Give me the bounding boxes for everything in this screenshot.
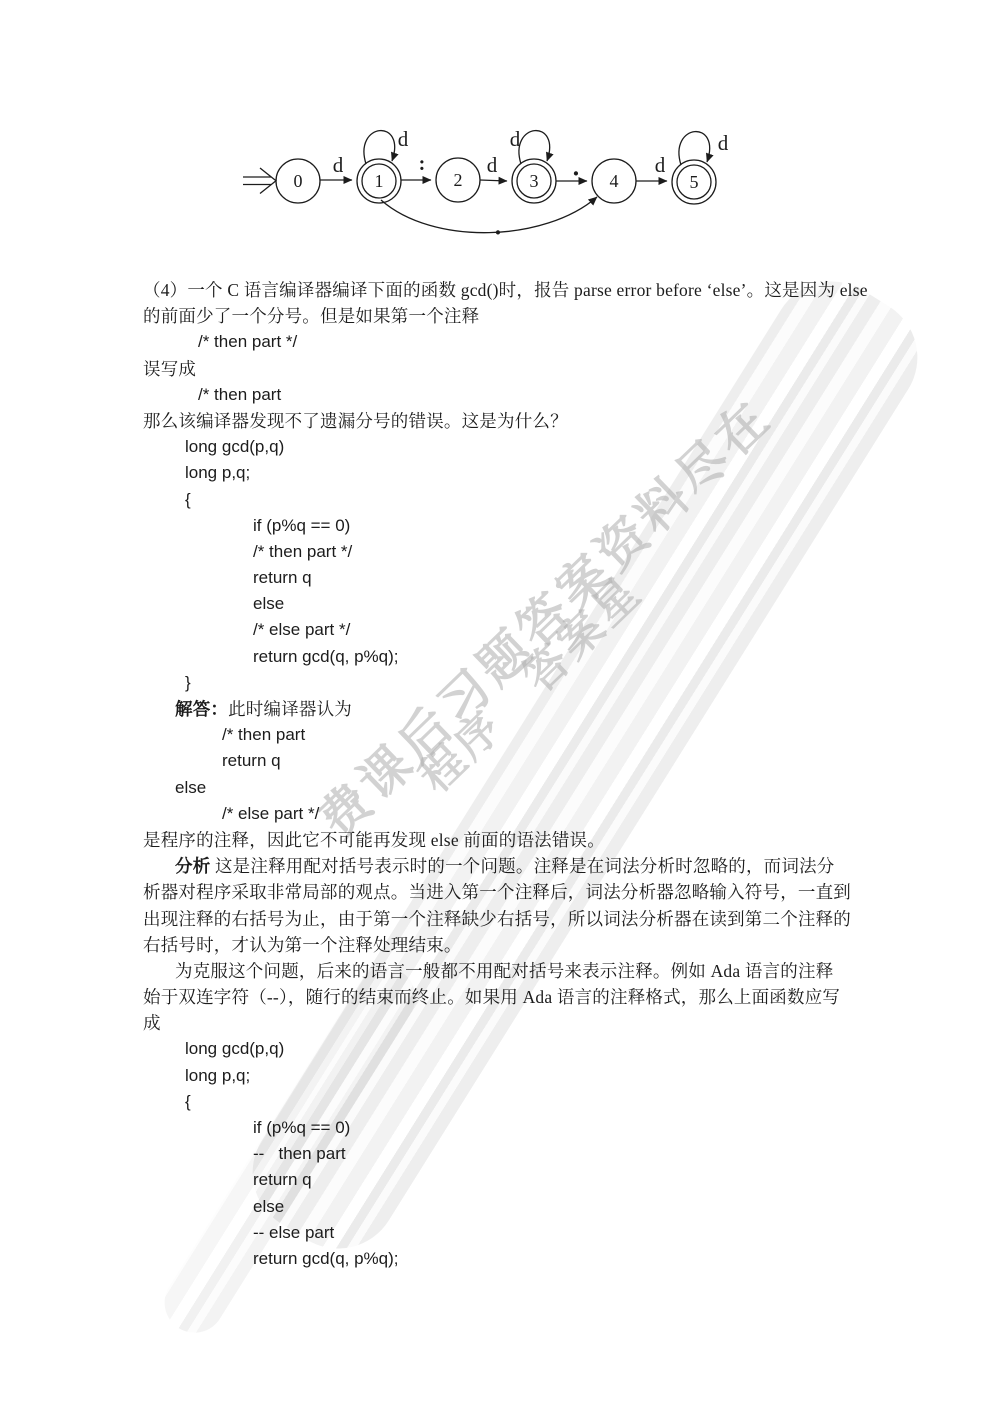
code-line: else (143, 775, 857, 801)
code-line: { (143, 487, 857, 513)
code-line: /* else part */ (143, 617, 857, 643)
text-line: 为克服这个问题，后来的语言一般都不用配对括号来表示注释。例如 Ada 语言的注释 (143, 958, 857, 984)
code-line: /* then part (143, 382, 857, 408)
code-line: /* then part */ (143, 539, 857, 565)
text-line: 成 (143, 1010, 857, 1036)
start-arrow (243, 168, 276, 194)
text-line: 始于双连字符（--），随行的结束而终止。如果用 Ada 语言的注释格式，那么上面… (143, 984, 857, 1010)
state-label: 0 (294, 171, 303, 191)
edge-label: d (398, 127, 409, 151)
document-page: 费课后习题答案资料尽在 程序 答案星 (0, 0, 993, 1404)
code-line: return q (143, 748, 857, 774)
code-line: return gcd(q, p%q); (143, 1246, 857, 1272)
nfa-diagram: 0 1 2 3 4 5 d d : d d · d d · (233, 116, 793, 250)
state-label: 3 (530, 171, 539, 191)
text-line: 出现注释的右括号为止，由于第一个注释缺少右括号，所以词法分析器在读到第二个注释的 (143, 906, 857, 932)
text-line: 的前面少了一个分号。但是如果第一个注释 (143, 303, 857, 329)
code-line: else (143, 591, 857, 617)
edge-label: · (494, 218, 503, 247)
code-line: -- then part (143, 1141, 857, 1167)
edge-label: · (572, 159, 581, 188)
code-line: return gcd(q, p%q); (143, 644, 857, 670)
state-label: 5 (690, 172, 699, 192)
edge-label: d (333, 153, 344, 177)
edge-label: d (510, 127, 521, 151)
edge-label: d (718, 131, 729, 155)
text-line: 分析 这是注释用配对括号表示时的一个问题。注释是在词法分析时忽略的，而词法分 (143, 853, 857, 879)
code-line: long gcd(p,q) (143, 434, 857, 460)
code-line: { (143, 1089, 857, 1115)
code-line: } (143, 670, 857, 696)
line-bold-prefix: 解答： (175, 699, 228, 719)
edge-label: d (487, 153, 498, 177)
state-label: 2 (454, 170, 463, 190)
code-line: return q (143, 565, 857, 591)
line-bold-prefix: 分析 (175, 856, 210, 876)
code-line: else (143, 1194, 857, 1220)
code-line: /* then part (143, 722, 857, 748)
diagram-labels: 0 1 2 3 4 5 d d : d d · d d · (294, 127, 729, 247)
code-line: long p,q; (143, 460, 857, 486)
document-body: （4）一个 C 语言编译器编译下面的函数 gcd()时，报告 parse err… (143, 277, 857, 1272)
code-line: /* else part */ (143, 801, 857, 827)
edge-label: : (419, 153, 426, 175)
text-line: 析器对程序采取非常局部的观点。当进入第一个注释后，词法分析器忽略输入符号，一直到 (143, 879, 857, 905)
text-line: （4）一个 C 语言编译器编译下面的函数 gcd()时，报告 parse err… (143, 277, 857, 303)
code-line: /* then part */ (143, 329, 857, 355)
code-line: if (p%q == 0) (143, 1115, 857, 1141)
state-label: 1 (375, 171, 384, 191)
code-line: -- else part (143, 1220, 857, 1246)
text-line: 右括号时，才认为第一个注释处理结束。 (143, 932, 857, 958)
edge-1-4-curve (381, 197, 597, 233)
text-line: 是程序的注释，因此它不可能再发现 else 前面的语法错误。 (143, 827, 857, 853)
edge-2-3 (480, 180, 507, 181)
edge-label: d (655, 153, 666, 177)
code-line: return q (143, 1167, 857, 1193)
text-line: 解答：此时编译器认为 (143, 696, 857, 722)
code-line: long gcd(p,q) (143, 1036, 857, 1062)
code-line: long p,q; (143, 1063, 857, 1089)
code-line: if (p%q == 0) (143, 513, 857, 539)
text-line: 那么该编译器发现不了遗漏分号的错误。这是为什么？ (143, 408, 857, 434)
text-line: 误写成 (143, 356, 857, 382)
state-label: 4 (610, 171, 619, 191)
